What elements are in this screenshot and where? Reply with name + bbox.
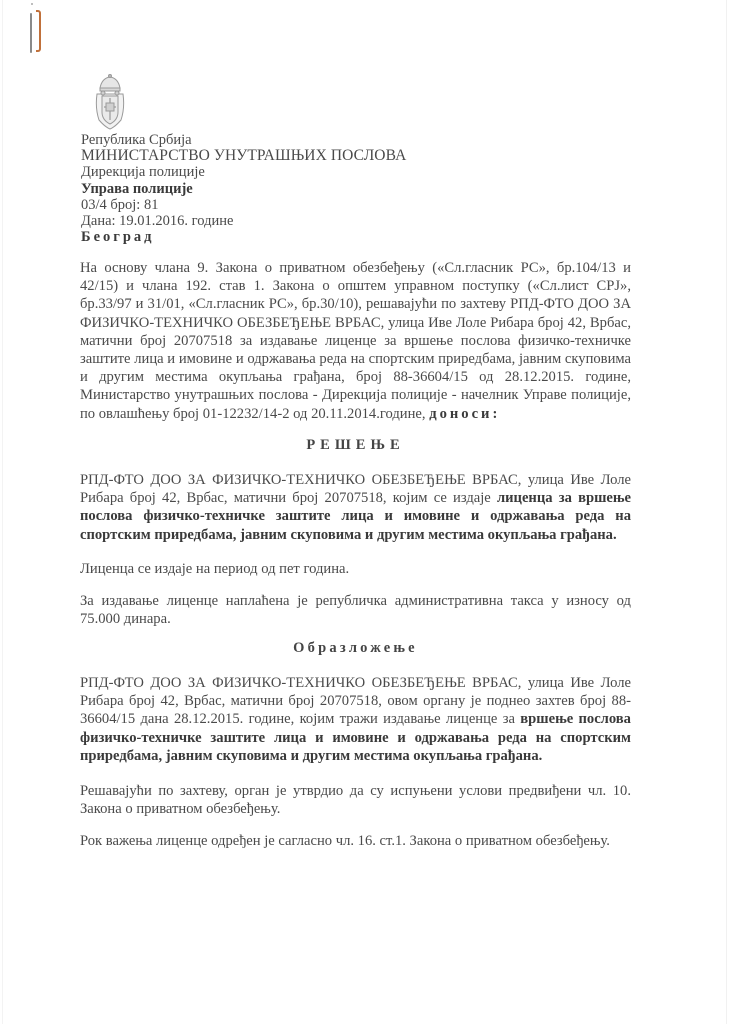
reasoning-paragraph-3: Рок важења лиценце одређен је сагласно ч… — [80, 832, 631, 850]
administration-name: Управа полиције — [81, 181, 406, 197]
staple-mark-grey — [30, 13, 32, 53]
serbian-coat-of-arms-icon — [93, 74, 127, 130]
preamble-paragraph: На основу члана 9. Закона о приватном об… — [80, 259, 631, 423]
country-name: Република Србија — [81, 132, 406, 148]
preamble-closing: доноси: — [429, 406, 500, 422]
directorate-name: Дирекција полиције — [81, 164, 406, 180]
staple-mark-orange — [36, 10, 41, 52]
staple-hole-mark — [31, 3, 33, 5]
decision-title: РЕШЕЊЕ — [80, 437, 631, 454]
document-city: Београд — [81, 229, 406, 245]
decision-paragraph-2: Лиценца се издаје на период од пет годин… — [80, 560, 631, 578]
reference-number: 03/4 број: 81 — [81, 197, 406, 213]
letterhead: Република Србија МИНИСТАРСТВО УНУТРАШЊИХ… — [81, 132, 406, 245]
decision-paragraph-3: За издавање лиценце наплаћена је републи… — [80, 592, 631, 628]
reasoning-paragraph-2: Решавајући по захтеву, орган је утврдио … — [80, 782, 631, 818]
scan-edge-left — [2, 0, 3, 1024]
document-date: Дана: 19.01.2016. године — [81, 213, 406, 229]
ministry-name: МИНИСТАРСТВО УНУТРАШЊИХ ПОСЛОВА — [81, 148, 406, 164]
reasoning-title: Образложење — [80, 640, 631, 657]
reasoning-paragraph-1: РПД-ФТО ДОО ЗА ФИЗИЧКО-ТЕХНИЧКО ОБЕЗБЕЂЕ… — [80, 674, 631, 765]
scan-edge-right — [726, 0, 727, 1024]
preamble-text: На основу члана 9. Закона о приватном об… — [80, 260, 631, 422]
decision-paragraph-1: РПД-ФТО ДОО ЗА ФИЗИЧКО-ТЕХНИЧКО ОБЕЗБЕЂЕ… — [80, 471, 631, 544]
